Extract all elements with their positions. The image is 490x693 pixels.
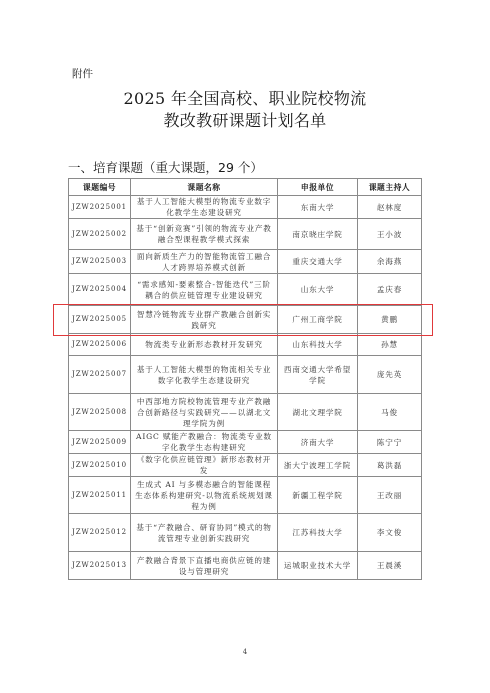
cell-project-code: JZW2025012 bbox=[69, 514, 131, 552]
cell-project-code: JZW2025002 bbox=[69, 219, 131, 250]
cell-project-name: 基于人工智能大模型的物流专业数字化教学生态建设研究 bbox=[131, 196, 278, 219]
cell-project-code: JZW2025011 bbox=[69, 477, 131, 514]
cell-applicant-unit: 重庆交通大学 bbox=[278, 250, 358, 274]
cell-project-code: JZW2025013 bbox=[69, 552, 131, 580]
cell-applicant-unit: 山东大学 bbox=[278, 274, 358, 306]
cell-project-code: JZW2025008 bbox=[69, 394, 131, 431]
cell-project-host: 王小波 bbox=[358, 219, 422, 250]
cell-project-host: 王改丽 bbox=[358, 477, 422, 514]
table-row: JZW2025012基于“产教融合、研育协同”模式的物流管理专业创新实践研究江苏… bbox=[69, 514, 422, 552]
cell-project-name: 产教融合背景下直播电商供应链的建设与管理研究 bbox=[131, 552, 278, 580]
cell-project-name: 基于“产教融合、研育协同”模式的物流管理专业创新实践研究 bbox=[131, 514, 278, 552]
cell-project-code: JZW2025009 bbox=[69, 431, 131, 454]
cell-applicant-unit: 湖北文理学院 bbox=[278, 394, 358, 431]
cell-project-name: 物流类专业新形态教材开发研究 bbox=[131, 334, 278, 356]
cell-applicant-unit: 西南交通大学希望学院 bbox=[278, 356, 358, 394]
header-project-host: 课题主持人 bbox=[358, 179, 422, 196]
cell-project-host: 赵林度 bbox=[358, 196, 422, 219]
table-row: JZW2025004“需求感知-要素整合-智能迭代”三阶耦合的供应链管理专业建设… bbox=[69, 274, 422, 306]
cell-project-code: JZW2025010 bbox=[69, 454, 131, 477]
cell-project-name: 智慧冷链物流专业群产教融合创新实践研究 bbox=[131, 306, 278, 334]
cell-project-host: 葛洪磊 bbox=[358, 454, 422, 477]
cell-applicant-unit: 运城职业技术大学 bbox=[278, 552, 358, 580]
header-project-name: 课题名称 bbox=[131, 179, 278, 196]
cell-project-host: 马俊 bbox=[358, 394, 422, 431]
table-row: JZW2025007基于人工智能大模型的物流相关专业数字化教学生态建设研究西南交… bbox=[69, 356, 422, 394]
header-project-code: 课题编号 bbox=[69, 179, 131, 196]
cell-project-code: JZW2025003 bbox=[69, 250, 131, 274]
cell-applicant-unit: 浙大宁波理工学院 bbox=[278, 454, 358, 477]
cell-project-name: “需求感知-要素整合-智能迭代”三阶耦合的供应链管理专业建设研究 bbox=[131, 274, 278, 306]
cell-applicant-unit: 新疆工程学院 bbox=[278, 477, 358, 514]
table-row: JZW2025002基于“创新竞赛”引领的物流专业产教融合型课程教学模式探索南京… bbox=[69, 219, 422, 250]
table-row: JZW2025005智慧冷链物流专业群产教融合创新实践研究广州工商学院黄鹏 bbox=[69, 306, 422, 334]
cell-project-host: 黄鹏 bbox=[358, 306, 422, 334]
header-applicant-unit: 申报单位 bbox=[278, 179, 358, 196]
table-row: JZW2025009AIGC 赋能产教融合：物流类专业数字化教学生态构建研究济南… bbox=[69, 431, 422, 454]
cell-project-host: 孟庆春 bbox=[358, 274, 422, 306]
cell-project-code: JZW2025005 bbox=[69, 306, 131, 334]
cell-project-host: 孙慧 bbox=[358, 334, 422, 356]
section-heading: 一、培育课题（重大课题，29 个） bbox=[68, 158, 263, 176]
cell-project-host: 王晨溪 bbox=[358, 552, 422, 580]
table-row: JZW2025010《数字化供应链管理》新形态教材开发浙大宁波理工学院葛洪磊 bbox=[69, 454, 422, 477]
project-table: 课题编号 课题名称 申报单位 课题主持人 JZW2025001基于人工智能大模型… bbox=[68, 178, 422, 580]
cell-applicant-unit: 山东科技大学 bbox=[278, 334, 358, 356]
table-row: JZW2025003面向新质生产力的智能物流管工融合人才跨界培养模式创新重庆交通… bbox=[69, 250, 422, 274]
cell-project-code: JZW2025001 bbox=[69, 196, 131, 219]
cell-project-name: 生成式 AI 与多模态融合的智能课程生态体系构建研究-以物流系统规划课程为例 bbox=[131, 477, 278, 514]
cell-project-host: 余海燕 bbox=[358, 250, 422, 274]
cell-project-host: 庞先英 bbox=[358, 356, 422, 394]
cell-applicant-unit: 江苏科技大学 bbox=[278, 514, 358, 552]
cell-project-host: 李文俊 bbox=[358, 514, 422, 552]
document-title-line2: 教改教研课题计划名单 bbox=[0, 110, 490, 131]
cell-applicant-unit: 济南大学 bbox=[278, 431, 358, 454]
cell-project-name: 面向新质生产力的智能物流管工融合人才跨界培养模式创新 bbox=[131, 250, 278, 274]
table-row: JZW2025006物流类专业新形态教材开发研究山东科技大学孙慧 bbox=[69, 334, 422, 356]
cell-applicant-unit: 东南大学 bbox=[278, 196, 358, 219]
table-row: JZW2025011生成式 AI 与多模态融合的智能课程生态体系构建研究-以物流… bbox=[69, 477, 422, 514]
cell-project-name: 《数字化供应链管理》新形态教材开发 bbox=[131, 454, 278, 477]
cell-applicant-unit: 广州工商学院 bbox=[278, 306, 358, 334]
table-row: JZW2025013产教融合背景下直播电商供应链的建设与管理研究运城职业技术大学… bbox=[69, 552, 422, 580]
cell-project-code: JZW2025004 bbox=[69, 274, 131, 306]
table-row: JZW2025008中西部地方院校物流管理专业产教融合创新路径与实践研究——以湖… bbox=[69, 394, 422, 431]
cell-project-name: 基于“创新竞赛”引领的物流专业产教融合型课程教学模式探索 bbox=[131, 219, 278, 250]
document-title-line1: 2025 年全国高校、职业院校物流 bbox=[0, 88, 490, 109]
page-number: 4 bbox=[0, 648, 490, 656]
cell-project-name: 中西部地方院校物流管理专业产教融合创新路径与实践研究——以湖北文理学院为例 bbox=[131, 394, 278, 431]
table-row: JZW2025001基于人工智能大模型的物流专业数字化教学生态建设研究东南大学赵… bbox=[69, 196, 422, 219]
table-body: JZW2025001基于人工智能大模型的物流专业数字化教学生态建设研究东南大学赵… bbox=[69, 196, 422, 580]
cell-project-code: JZW2025007 bbox=[69, 356, 131, 394]
cell-applicant-unit: 南京晓庄学院 bbox=[278, 219, 358, 250]
attachment-label: 附件 bbox=[72, 66, 93, 81]
cell-project-host: 陈宁宁 bbox=[358, 431, 422, 454]
table-header-row: 课题编号 课题名称 申报单位 课题主持人 bbox=[69, 179, 422, 196]
cell-project-name: AIGC 赋能产教融合：物流类专业数字化教学生态构建研究 bbox=[131, 431, 278, 454]
cell-project-code: JZW2025006 bbox=[69, 334, 131, 356]
cell-project-name: 基于人工智能大模型的物流相关专业数字化教学生态建设研究 bbox=[131, 356, 278, 394]
